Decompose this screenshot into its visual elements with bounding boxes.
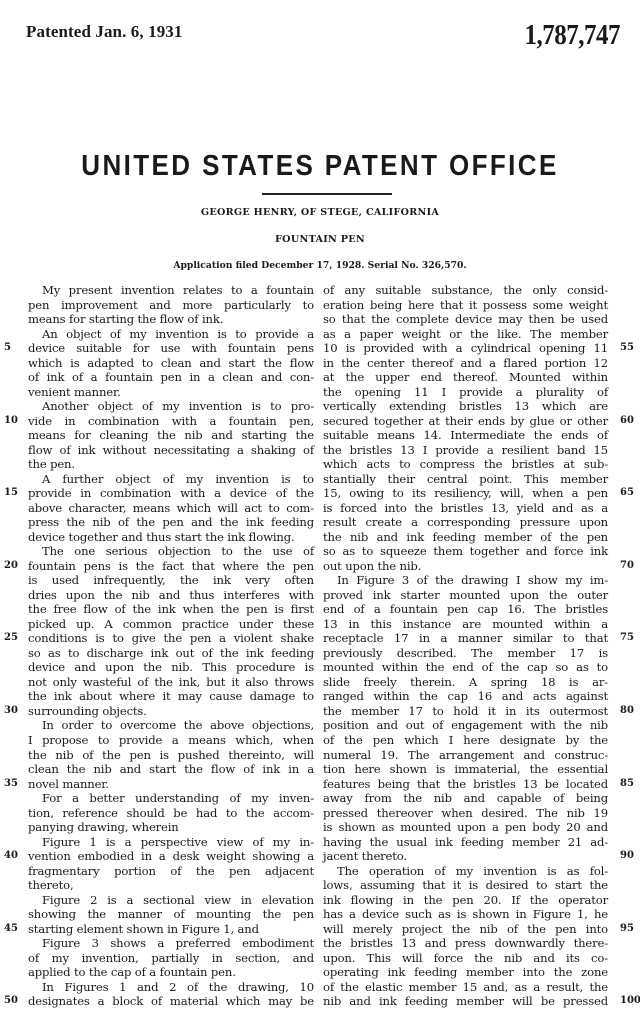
text-line: jacent thereto. (323, 849, 608, 864)
margin-line-number: 50 (4, 995, 24, 1006)
text-line: not only wasteful of the ink, but it als… (28, 675, 314, 690)
text-line: conditions is to give the pen a violent … (28, 631, 314, 646)
text-line: the ink about where it may cause damage … (28, 689, 314, 704)
text-line: press the nib of the pen and the ink fee… (28, 515, 314, 530)
text-line: is forced into the bristles 13, yield an… (323, 501, 608, 516)
margin-line-number: 25 (4, 632, 24, 643)
inventor-line: GEORGE HENRY, OF STEGE, CALIFORNIA (0, 207, 640, 218)
text-line: the nib and ink feeding member of the pe… (323, 530, 608, 545)
text-line: My present invention relates to a founta… (28, 283, 314, 298)
text-line: end of a fountain pen cap 16. The bristl… (323, 602, 608, 617)
text-line: numeral 19. The arrangement and construc… (323, 748, 608, 763)
text-line: showing the manner of mounting the pen (28, 907, 314, 922)
text-line: starting element shown in Figure 1, and (28, 922, 314, 937)
text-line: so as to squeeze them together and force… (323, 544, 608, 559)
text-line: In order to overcome the above objection… (28, 718, 314, 733)
text-line: features being that the bristles 13 be l… (323, 777, 608, 792)
text-line: as a paper weight or the like. The membe… (323, 327, 608, 342)
text-line: secured together at their ends by glue o… (323, 414, 608, 429)
text-line: pen improvement and more particularly to (28, 298, 314, 313)
margin-line-number: 65 (620, 487, 634, 498)
text-line: is shown as mounted upon a pen body 20 a… (323, 820, 608, 835)
right-text-column: of any suitable substance, the only cons… (323, 283, 608, 1009)
text-line: For a better understanding of my inven- (28, 791, 314, 806)
text-line: the bristles 13 I provide a resilient ba… (323, 443, 608, 458)
text-line: result create a corresponding pressure u… (323, 515, 608, 530)
margin-line-number: 90 (620, 850, 634, 861)
text-line: dries upon the nib and thus interferes w… (28, 588, 314, 603)
text-line: 15, owing to its resiliency, will, when … (323, 486, 608, 501)
text-line: flow of ink without necessitating a shak… (28, 443, 314, 458)
text-line: stantially their central point. This mem… (323, 472, 608, 487)
text-line: means for starting the flow of ink. (28, 312, 314, 327)
margin-line-number: 75 (620, 632, 634, 643)
text-line: position and out of engagement with the … (323, 718, 608, 733)
margin-line-number: 60 (620, 415, 634, 426)
text-line: is used infrequently, the ink very often (28, 573, 314, 588)
text-line: means for cleaning the nib and starting … (28, 428, 314, 443)
text-line: of any suitable substance, the only cons… (323, 283, 608, 298)
text-line: the free flow of the ink when the pen is… (28, 602, 314, 617)
text-line: which acts to compress the bristles at s… (323, 457, 608, 472)
text-line: of my invention, partially in section, a… (28, 951, 314, 966)
invention-title: FOUNTAIN PEN (0, 234, 640, 245)
margin-line-number: 40 (4, 850, 24, 861)
text-line: venient manner. (28, 385, 314, 400)
text-line: which is adapted to clean and start the … (28, 356, 314, 371)
heading-rule-divider (262, 193, 392, 195)
margin-line-number: 10 (4, 415, 24, 426)
text-line: panying drawing, wherein (28, 820, 314, 835)
text-line: operating ink feeding member into the zo… (323, 965, 608, 980)
margin-line-number: 5 (4, 342, 24, 353)
margin-line-number: 45 (4, 923, 24, 934)
text-line: I propose to provide a means which, when (28, 733, 314, 748)
text-line: so as to discharge ink out of the ink fe… (28, 646, 314, 661)
text-line: of ink of a fountain pen in a clean and … (28, 370, 314, 385)
text-line: Another object of my invention is to pro… (28, 399, 314, 414)
text-line: upon. This will force the nib and its co… (323, 951, 608, 966)
patent-number: 1,787,747 (525, 20, 621, 52)
text-line: has a device such as is shown in Figure … (323, 907, 608, 922)
text-line: 10 is provided with a cylindrical openin… (323, 341, 608, 356)
text-line: device and upon the nib. This procedure … (28, 660, 314, 675)
text-line: An object of my invention is to provide … (28, 327, 314, 342)
text-line: away from the nib and capable of being (323, 791, 608, 806)
text-line: nib and ink feeding member will be press… (323, 994, 608, 1009)
left-text-column: My present invention relates to a founta… (28, 283, 314, 1009)
text-line: tion, reference should be had to the acc… (28, 806, 314, 821)
text-line: the pen. (28, 457, 314, 472)
text-line: picked up. A common practice under these (28, 617, 314, 632)
text-line: Figure 2 is a sectional view in elevatio… (28, 893, 314, 908)
text-line: applied to the cap of a fountain pen. (28, 965, 314, 980)
text-line: provide in combination with a device of … (28, 486, 314, 501)
text-line: the nib of the pen is pushed thereinto, … (28, 748, 314, 763)
text-line: having the usual ink feeding member 21 a… (323, 835, 608, 850)
text-line: in the center thereof and a flared porti… (323, 356, 608, 371)
text-line: the bristles 13 and press downwardly the… (323, 936, 608, 951)
margin-line-number: 35 (4, 778, 24, 789)
text-line: will merely project the nib of the pen i… (323, 922, 608, 937)
text-line: The one serious objection to the use of (28, 544, 314, 559)
text-line: Figure 1 is a perspective view of my in- (28, 835, 314, 850)
text-line: In Figure 3 of the drawing I show my im- (323, 573, 608, 588)
text-line: of the pen which I here designate by the (323, 733, 608, 748)
margin-line-number: 80 (620, 705, 634, 716)
text-line: pressed thereover when desired. The nib … (323, 806, 608, 821)
text-line: ranged within the cap 16 and acts agains… (323, 689, 608, 704)
text-line: at the upper end thereof. Mounted within (323, 370, 608, 385)
text-line: In Figures 1 and 2 of the drawing, 10 (28, 980, 314, 995)
text-line: the member 17 to hold it in its outermos… (323, 704, 608, 719)
text-line: thereto, (28, 878, 314, 893)
text-line: suitable means 14. Intermediate the ends… (323, 428, 608, 443)
margin-line-number: 100 (620, 995, 640, 1006)
text-line: so that the complete device may then be … (323, 312, 608, 327)
margin-line-number: 95 (620, 923, 634, 934)
application-filed-line: Application filed December 17, 1928. Ser… (0, 260, 640, 271)
text-line: vertically extending bristles 13 which a… (323, 399, 608, 414)
text-line: ink flowing in the pen 20. If the operat… (323, 893, 608, 908)
text-line: fragmentary portion of the pen adjacent (28, 864, 314, 879)
text-line: fountain pens is the fact that where the… (28, 559, 314, 574)
text-line: A further object of my invention is to (28, 472, 314, 487)
margin-line-number: 20 (4, 560, 24, 571)
text-line: vention embodied in a desk weight showin… (28, 849, 314, 864)
margin-line-number: 15 (4, 487, 24, 498)
text-line: the opening 11 I provide a plurality of (323, 385, 608, 400)
text-line: novel manner. (28, 777, 314, 792)
text-line: receptacle 17 in a manner similar to tha… (323, 631, 608, 646)
text-line: vide in combination with a fountain pen, (28, 414, 314, 429)
office-heading: UNITED STATES PATENT OFFICE (0, 148, 640, 182)
text-line: The operation of my invention is as fol- (323, 864, 608, 879)
text-line: designates a block of material which may… (28, 994, 314, 1009)
text-line: surrounding objects. (28, 704, 314, 719)
text-line: previously described. The member 17 is (323, 646, 608, 661)
text-line: tion here shown is immaterial, the essen… (323, 762, 608, 777)
text-line: 13 in this instance are mounted within a (323, 617, 608, 632)
text-line: mounted within the end of the cap so as … (323, 660, 608, 675)
text-line: clean the nib and start the flow of ink … (28, 762, 314, 777)
text-line: slide freely therein. A spring 18 is ar- (323, 675, 608, 690)
margin-line-number: 30 (4, 705, 24, 716)
text-line: proved ink starter mounted upon the oute… (323, 588, 608, 603)
margin-line-number: 55 (620, 342, 634, 353)
text-line: above character, means which will act to… (28, 501, 314, 516)
text-line: out upon the nib. (323, 559, 608, 574)
margin-line-number: 70 (620, 560, 634, 571)
text-line: of the elastic member 15 and, as a resul… (323, 980, 608, 995)
text-line: lows, assuming that it is desired to sta… (323, 878, 608, 893)
patent-date: Patented Jan. 6, 1931 (26, 22, 183, 42)
text-line: Figure 3 shows a preferred embodiment (28, 936, 314, 951)
text-line: eration being here that it possess some … (323, 298, 608, 313)
text-line: device together and thus start the ink f… (28, 530, 314, 545)
margin-line-number: 85 (620, 778, 634, 789)
text-line: device suitable for use with fountain pe… (28, 341, 314, 356)
